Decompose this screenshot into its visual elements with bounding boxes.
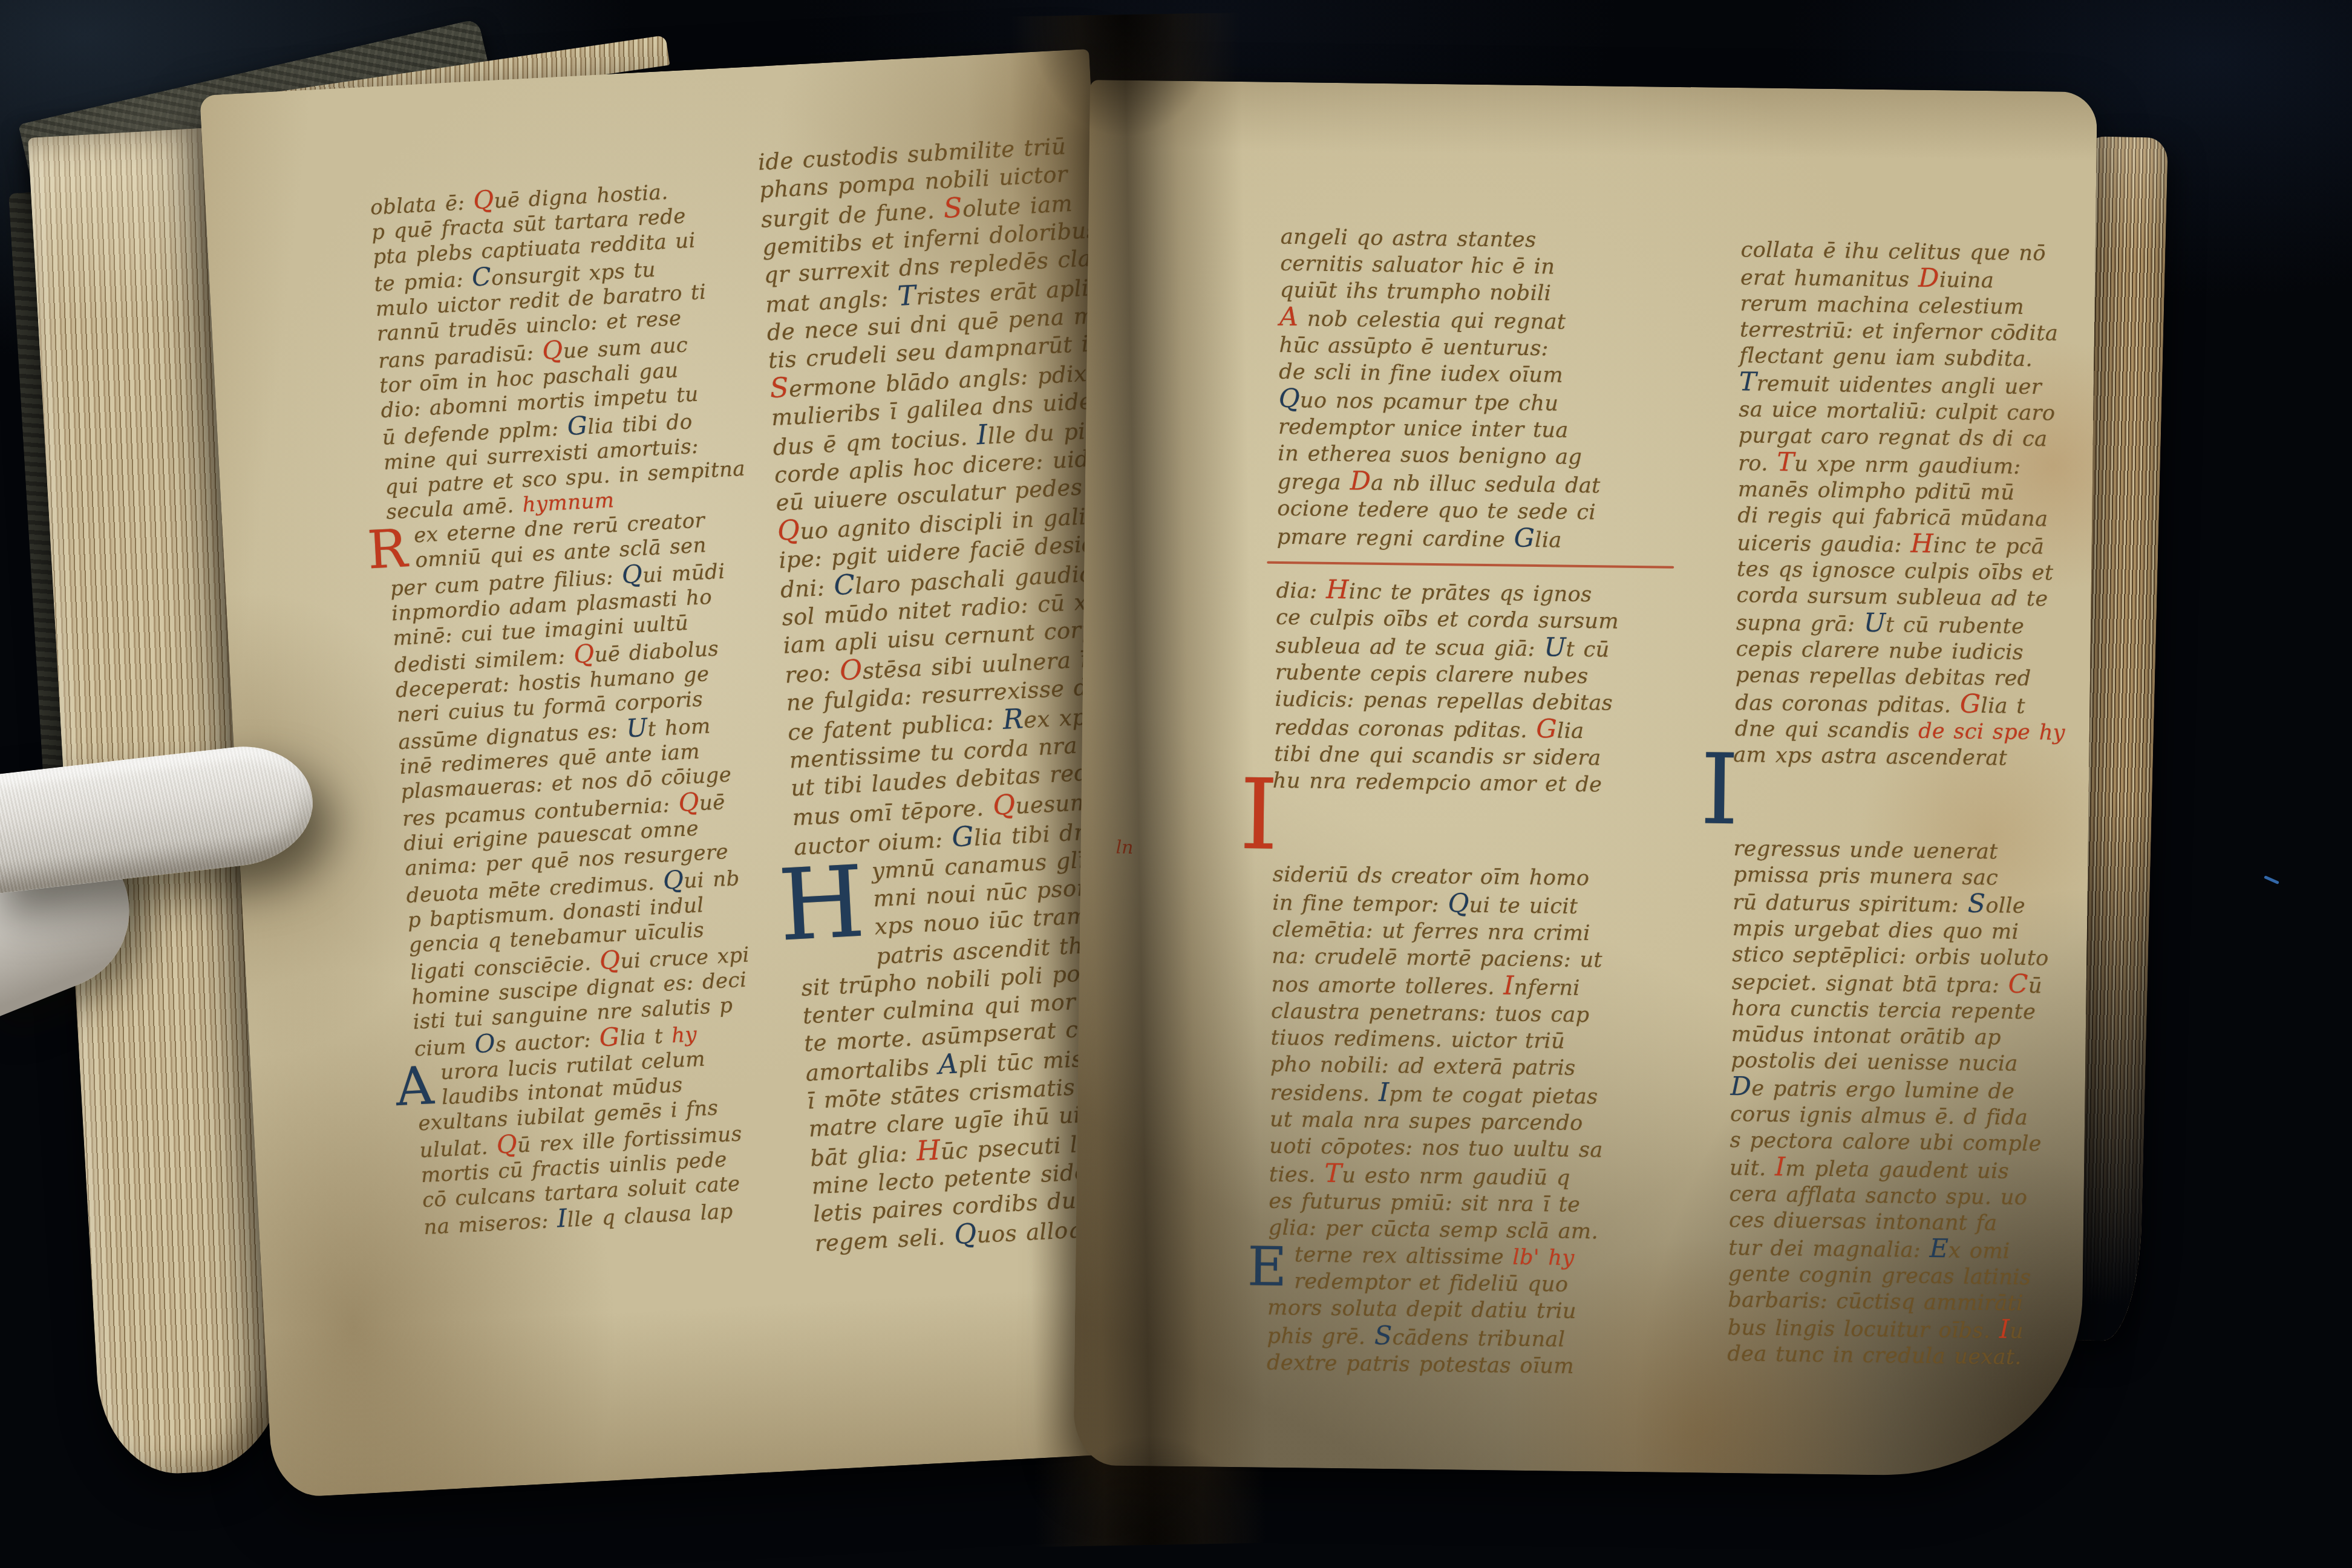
ink-text: ties. — [1269, 1163, 1325, 1187]
manuscript-line: postolis dei uenisse nucia — [1731, 1048, 2112, 1079]
colored-initial-or-rubric: lb' hy — [1512, 1246, 1575, 1270]
manuscript-line: s pectora calore ubi comple — [1730, 1128, 2111, 1158]
colored-initial-or-rubric: R — [1002, 702, 1024, 736]
ink-text: glia: per cūcta semp sclā am. — [1269, 1216, 1599, 1244]
colored-initial-or-rubric: hy — [662, 1022, 697, 1048]
ink-text: ū — [2028, 974, 2042, 998]
colored-initial-or-rubric: T — [1777, 447, 1794, 477]
manuscript-line: ces diuersas intonant fa — [1729, 1207, 2110, 1238]
manuscript-line: gente cognin grecas latinis — [1728, 1261, 2109, 1292]
manuscript-line: dia: Hinc te prātes qs ignos — [1276, 576, 1676, 609]
ink-text: u — [2010, 1319, 2024, 1344]
ink-text: e patris ergo lumine de — [1751, 1076, 2015, 1103]
colored-initial-or-rubric: Q — [1278, 384, 1300, 414]
manuscript-line: subleua ad te scua giā: Ut cū — [1275, 631, 1675, 664]
ink-text: tibi dne qui scandis sr sidera — [1274, 742, 1601, 771]
colored-initial-or-rubric: H — [777, 861, 867, 947]
manuscript-line: purgat caro regnat ds di ca — [1739, 423, 2120, 454]
manuscript-line: regressus unde uenerat — [1733, 836, 2114, 867]
manuscript-line: tur dei magnalia: Ex omi — [1728, 1233, 2110, 1266]
colored-initial-or-rubric: Q — [992, 788, 1016, 822]
ink-text: reddas coronas pditas. — [1275, 716, 1537, 743]
ink-text: na miseros: — [423, 1209, 558, 1240]
ink-text: das coronas pditas. — [1735, 691, 1960, 718]
manuscript-line: barbaris: cūctisq ammirāti — [1728, 1287, 2109, 1318]
ink-text: u xpe nrm gaudium: — [1794, 452, 2021, 479]
manuscript-line: pmissa pris munera sac — [1733, 862, 2114, 893]
ink-text: terne rex altissime — [1295, 1243, 1513, 1269]
manuscript-line: hora cunctis tercia repente — [1731, 996, 2112, 1027]
ink-text: m pleta gaudent uis — [1785, 1157, 2009, 1184]
ink-text: quiūt ihs trumpho nobili — [1280, 278, 1552, 305]
ink-text: lia t — [619, 1024, 663, 1051]
ink-text: hu nra redempcio amor et de — [1273, 769, 1602, 797]
ink-text: pm te cogat pietas — [1389, 1082, 1598, 1109]
manuscript-line: penas repellas debitas red — [1736, 662, 2117, 693]
colored-initial-or-rubric: G — [951, 820, 975, 854]
manuscript-line: erat humanitus Diuina — [1740, 263, 2122, 296]
colored-initial-or-rubric: A — [394, 1062, 435, 1112]
ink-text: bāt glia: — [809, 1140, 917, 1171]
colored-initial-or-rubric: hymnum — [522, 488, 615, 517]
manuscript-line: uit. Im pleta gaudent uis — [1730, 1154, 2111, 1186]
colored-initial-or-rubric: U — [626, 713, 648, 743]
colored-initial-or-rubric: T — [1324, 1158, 1342, 1189]
ink-text: te pmia: — [374, 267, 472, 296]
ink-text: iuina — [1939, 268, 1994, 293]
ink-text: grega — [1278, 470, 1350, 495]
manuscript-line: Iam xps astra ascenderat — [1734, 742, 2116, 841]
ink-text: rerum machina celestium — [1740, 292, 2024, 319]
manuscript-line: terrestriū: et infernor cōdita — [1740, 317, 2121, 348]
colored-initial-or-rubric: S — [1374, 1321, 1393, 1351]
colored-initial-or-rubric: Q — [599, 945, 621, 976]
colored-initial-or-rubric: H — [1326, 575, 1349, 605]
ink-text: hūc assūpto ē uenturus: — [1279, 333, 1549, 361]
colored-initial-or-rubric: Q — [662, 864, 685, 895]
colored-initial-or-rubric: O — [474, 1028, 496, 1059]
manuscript-line: Ihu nra redempcio amor et de — [1273, 768, 1673, 866]
colored-initial-or-rubric: O — [839, 653, 863, 687]
ink-text: dni: — [780, 574, 835, 603]
manuscript-line: sa uice mortaliū: culpit caro — [1739, 397, 2120, 428]
ink-text: ui te uicit — [1469, 893, 1578, 919]
colored-initial-or-rubric: S — [942, 191, 963, 224]
colored-initial-or-rubric: E — [1247, 1242, 1288, 1292]
manuscript-line: A nob celestia qui regnat — [1279, 304, 1679, 337]
ink-text: regem seli. — [814, 1223, 955, 1256]
ink-text: corda sursum subleua ad te — [1736, 583, 2048, 611]
colored-initial-or-rubric: H — [916, 1134, 941, 1167]
colored-initial-or-rubric: Q — [541, 335, 564, 365]
ink-text: am xps astra ascenderat — [1733, 743, 2007, 771]
ink-text: t cū — [1566, 638, 1609, 662]
colored-initial-or-rubric: Q — [472, 185, 495, 215]
colored-initial-or-rubric: A — [1279, 302, 1299, 332]
ink-text: tes qs ignosce culpis oībs et — [1737, 557, 2054, 585]
ink-text: a nb illuc sedula dat — [1371, 471, 1601, 498]
ink-text: nos amorte tolleres. — [1272, 973, 1504, 1000]
colored-initial-or-rubric: G — [1536, 714, 1557, 744]
colored-initial-or-rubric: I — [1379, 1077, 1390, 1108]
ink-text: dne qui scandis — [1735, 717, 1919, 743]
colored-initial-or-rubric: Q — [495, 1129, 518, 1160]
colored-initial-or-rubric: G — [1514, 523, 1535, 554]
ink-text: manēs olimpho pditū mū — [1738, 477, 2015, 505]
colored-initial-or-rubric: D — [1350, 466, 1371, 496]
ink-text: cādens tribunal — [1392, 1325, 1565, 1351]
ink-text: iudicis: penas repellas debitas — [1275, 687, 1613, 716]
right-page: ln angeli qo astra stantescernitis salua… — [1073, 80, 2097, 1477]
ink-text: ut mala nra supes parcendo — [1270, 1108, 1583, 1135]
ink-text: gente cognin grecas latinis — [1728, 1262, 2031, 1290]
ink-text: dia: — [1276, 579, 1326, 604]
ink-text: redemptor et fideliū quo — [1294, 1269, 1568, 1297]
manuscript-line: dextre patris potestas oīum — [1267, 1350, 1666, 1381]
ink-text: rū daturus spiritum: — [1733, 890, 1968, 918]
manuscript-line: bus lingis locuitur oībs. Iu — [1728, 1313, 2109, 1346]
colored-initial-or-rubric: U — [1544, 632, 1566, 662]
manuscript-line: ro. Tu xpe nrm gaudium: — [1738, 449, 2120, 482]
ink-text: hora cunctis tercia repente — [1731, 996, 2036, 1024]
ink-text: in etherea suos benigno ag — [1278, 442, 1582, 469]
ink-text: reo: — [784, 659, 840, 688]
ink-text: de scli in fine iudex oīum — [1279, 360, 1563, 388]
ink-text: in fine tempor: — [1272, 891, 1448, 918]
ink-text: na: crudelē mortē paciens: ut — [1272, 944, 1602, 973]
ink-text: redemptor unice inter tua — [1278, 415, 1569, 443]
ink-text: sa uice mortaliū: culpit caro — [1739, 397, 2055, 425]
ink-text: pmare regni cardine — [1277, 525, 1514, 552]
colored-initial-or-rubric: R — [367, 525, 409, 575]
colored-initial-or-rubric: C — [2008, 969, 2028, 999]
manuscript-line: stico septēplici: orbis uoluto — [1732, 942, 2113, 973]
ink-text: inc te pcā — [1933, 534, 2045, 559]
manuscript-line: nos amorte tolleres. Inferni — [1271, 970, 1671, 1003]
manuscript-line: corus ignis almus ē. d fida — [1730, 1102, 2111, 1132]
ink-text: sideriū ds creator oīm homo — [1273, 863, 1590, 890]
ink-text: nferni — [1514, 976, 1581, 1001]
ink-text: x omi — [1949, 1238, 2010, 1263]
ink-text: ui nb — [683, 866, 740, 893]
ink-text: remuit uidentes angli uer — [1757, 371, 2042, 399]
colored-initial-or-rubric: de sci spe hy — [1918, 719, 2065, 745]
ink-text: uit. — [1730, 1156, 1775, 1181]
manuscript-line: mūdus intonat orātib ap — [1731, 1022, 2112, 1053]
colored-initial-or-rubric: C — [833, 568, 856, 601]
manuscript-line: tes qs ignosce culpis oībs et — [1737, 557, 2118, 587]
manuscript-line: ties. Tu esto nrm gaudiū q — [1269, 1160, 1669, 1193]
ink-text: barbaris: cūctisq ammirāti — [1728, 1288, 2024, 1316]
ink-text: lle q clausa lap — [567, 1199, 734, 1232]
ink-text: postolis dei uenisse nucia — [1731, 1048, 2018, 1076]
manuscript-line: sepciet. signat btā tpra: Cū — [1732, 968, 2114, 1001]
ink-text: ui mūdi — [642, 560, 725, 588]
ink-text: uo nos pcamur tpe chu — [1300, 388, 1559, 416]
manuscript-line: Quo nos pcamur tpe chu — [1278, 385, 1678, 419]
ink-text: ces diuersas intonant fa — [1729, 1208, 1998, 1235]
ink-text: es futurus pmiū: sit nra ī te — [1269, 1189, 1580, 1217]
ink-text: nob celestia qui regnat — [1298, 307, 1566, 334]
ink-text: subleua ad te scua giā: — [1275, 634, 1544, 661]
ink-text: residens. — [1270, 1081, 1379, 1106]
colored-initial-or-rubric: T — [897, 279, 916, 313]
colored-initial-or-rubric: C — [471, 261, 492, 292]
colored-initial-or-rubric: I — [1239, 766, 1264, 863]
ink-text: t cū rubente — [1886, 613, 2024, 639]
left-page-column-1: oblata ē: Quē digna hostia.p quē fracta … — [370, 174, 799, 1240]
manuscript-line: cera afflata sancto spu. uo — [1729, 1181, 2110, 1212]
ink-text: ro. — [1738, 451, 1777, 476]
colored-initial-or-rubric: U — [1864, 608, 1886, 638]
colored-initial-or-rubric: D — [1730, 1071, 1751, 1102]
ink-text: uiceris gaudia: — [1737, 531, 1910, 557]
ink-text: claustra penetrans: tuos cap — [1271, 999, 1590, 1027]
ink-text: cium — [414, 1034, 475, 1061]
colored-initial-or-rubric: Q — [777, 514, 801, 547]
ink-text: inc te prātes qs ignos — [1348, 580, 1592, 607]
ink-text: flectant genu iam subdita. — [1739, 344, 2033, 371]
ink-text: regressus unde uenerat — [1733, 837, 1998, 864]
manuscript-line: rerum machina celestium — [1740, 291, 2121, 322]
colored-initial-or-rubric: Q — [1448, 888, 1469, 918]
ink-text: lia t — [1981, 694, 2025, 719]
colored-initial-or-rubric: I — [1775, 1152, 1786, 1182]
colored-initial-or-rubric: S — [1967, 889, 1985, 919]
manuscript-line: mpis urgebat dies quo mi — [1733, 916, 2114, 947]
manuscript-line: residens. Ipm te cogat pietas — [1270, 1078, 1670, 1111]
manuscript-line: pmare regni cardine Glia — [1277, 522, 1677, 555]
ink-text: terrestriū: et infernor cōdita — [1740, 318, 2059, 345]
ink-text: di regis qui fabricā mūdana — [1737, 503, 2048, 531]
ink-text: t hom — [647, 714, 711, 741]
ink-text: erat humanitus — [1740, 266, 1919, 292]
manuscript-line: supna grā: Ut cū rubente — [1736, 609, 2118, 641]
manuscript-line: manēs olimpho pditū mū — [1738, 477, 2119, 508]
ink-text: mpis urgebat dies quo mi — [1733, 916, 2019, 944]
ink-text: dea tunc in credula uexat. — [1727, 1342, 2022, 1370]
ink-text: collata ē ihu celitus que nō — [1740, 238, 2046, 266]
colored-initial-or-rubric: G — [1960, 689, 1981, 719]
ink-text: rubente cepis clarere nubes — [1275, 661, 1589, 688]
manuscript-line: dne qui scandis de sci spe hy — [1735, 716, 2116, 747]
ink-text: sepciet. signat btā tpra: — [1732, 970, 2008, 998]
colored-initial-or-rubric: Q — [953, 1217, 978, 1250]
colored-initial-or-rubric: G — [599, 1022, 621, 1053]
ink-text: ce culpis oībs et corda sursum — [1276, 606, 1619, 634]
manuscript-line: in fine tempor: Qui te uicit — [1272, 888, 1672, 921]
ink-text: angeli qo astra stantes — [1281, 225, 1537, 252]
red-rule-divider — [1267, 561, 1674, 569]
manuscript-line: De patris ergo lumine de — [1730, 1074, 2112, 1106]
colored-initial-or-rubric: A — [938, 1048, 959, 1081]
manuscript-line: grega Da nb illuc sedula dat — [1278, 467, 1677, 500]
ink-text: bus lingis locuitur oībs. — [1728, 1316, 1999, 1343]
blue-fiber-on-cloth — [2264, 875, 2279, 884]
colored-initial-or-rubric: I — [1503, 970, 1514, 1001]
ink-text: ocione tedere quo te sede ci — [1277, 497, 1596, 524]
colored-initial-or-rubric: T — [1739, 367, 1757, 397]
ink-text: stico septēplici: orbis uoluto — [1732, 942, 2049, 970]
manuscript-line: flectant genu iam subdita. — [1739, 343, 2120, 374]
ink-text: mūdus intonat orātib ap — [1731, 1022, 2002, 1050]
ink-text: phis grē. — [1267, 1324, 1374, 1350]
manuscript-line: reddas coronas pditas. Glia — [1275, 713, 1674, 746]
ink-text: tiuos redimens. uictor triū — [1270, 1026, 1565, 1054]
colored-initial-or-rubric: I — [1999, 1315, 2010, 1345]
ink-text: supna grā: — [1736, 611, 1864, 637]
ink-text: dextre patris potestas oīum — [1267, 1351, 1574, 1379]
manuscript-photo: oblata ē: Quē digna hostia.p quē fracta … — [0, 0, 2352, 1568]
ink-text: lia — [1557, 719, 1584, 744]
colored-initial-or-rubric: D — [1918, 263, 1939, 293]
manuscript-line: dea tunc in credula uexat. — [1727, 1341, 2108, 1372]
ink-text: cera afflata sancto spu. uo — [1729, 1182, 2027, 1210]
manuscript-line: Tremuit uidentes angli uer — [1739, 369, 2121, 402]
manuscript-line: corda sursum subleua ad te — [1736, 583, 2117, 613]
manuscript-line: cepis clarere nube iudicis — [1736, 636, 2117, 667]
left-page: oblata ē: Quē digna hostia.p quē fracta … — [200, 49, 1163, 1498]
colored-initial-or-rubric: Q — [573, 638, 595, 669]
colored-initial-or-rubric: Q — [621, 559, 644, 590]
ink-text: lia — [1535, 528, 1562, 553]
ink-text: corus ignis almus ē. d fida — [1730, 1102, 2028, 1130]
ink-text: pho nobili: ad exterā patris — [1270, 1053, 1576, 1080]
manuscript-line: phis grē. Scādens tribunal — [1267, 1321, 1667, 1354]
manuscript-line: uiceris gaudia: Hinc te pcā — [1737, 529, 2118, 561]
ink-text: clemētia: ut ferres nra crimi — [1272, 918, 1590, 946]
colored-initial-or-rubric: I — [1700, 740, 1725, 838]
ink-text: tur dei magnalia: — [1728, 1236, 1930, 1263]
manuscript-line: rū daturus spiritum: Solle — [1733, 888, 2114, 921]
colored-initial-or-rubric: E — [1929, 1233, 1949, 1264]
ink-text: pmissa pris munera sac — [1733, 863, 1999, 890]
colored-initial-or-rubric: H — [1910, 529, 1933, 559]
ink-text: olle — [1985, 893, 2025, 918]
ink-text: cernitis saluator hic ē in — [1280, 252, 1555, 279]
right-page-column-1: angeli qo astra stantescernitis saluator… — [1267, 224, 1680, 1381]
right-page-column-2: collata ē ihu celitus que nōerat humanit… — [1727, 237, 2122, 1372]
colored-initial-or-rubric: Q — [678, 786, 700, 817]
ink-text: olute iam — [962, 191, 1073, 222]
colored-initial-or-rubric: S — [769, 371, 789, 405]
ink-text: ululat. — [419, 1135, 497, 1163]
ink-text: cepis clarere nube iudicis — [1736, 637, 2024, 665]
ink-text: mors soluta depit datiu triu — [1267, 1296, 1576, 1324]
marginal-correction-note: ln — [1116, 838, 1137, 858]
ink-text: uoti cōpotes: nos tuo uultu sa — [1269, 1134, 1603, 1163]
ink-text: penas repellas debitas red — [1736, 663, 2031, 691]
manuscript-line: das coronas pditas. Glia t — [1735, 688, 2117, 721]
ink-text: uē — [699, 790, 726, 815]
ink-text: u esto nrm gaudiū q — [1342, 1163, 1570, 1191]
colored-initial-or-rubric: G — [566, 410, 588, 441]
